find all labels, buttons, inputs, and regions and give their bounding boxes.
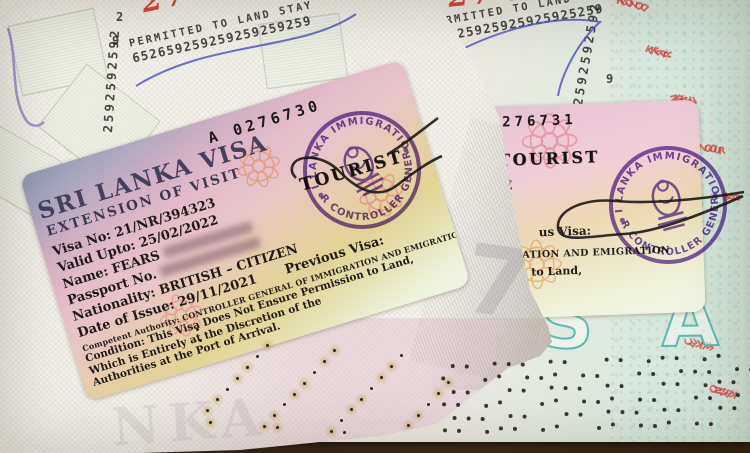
ink-dot: [380, 376, 383, 379]
braille-dot: [610, 396, 614, 400]
handwritten-date-left: 27: [138, 0, 192, 19]
braille-dot: [525, 375, 529, 379]
braille-dot: [578, 387, 582, 391]
braille-dot: [634, 411, 638, 415]
ink-dot: [417, 414, 420, 417]
braille-dot: [467, 416, 471, 420]
braille-dot: [667, 420, 671, 424]
ink-dot: [263, 425, 266, 428]
braille-dot: [619, 358, 623, 362]
braille-dot: [679, 369, 683, 373]
ink-dot: [313, 371, 316, 374]
braille-dot: [595, 374, 599, 378]
ink-dot: [293, 393, 296, 396]
braille-dot: [735, 367, 739, 371]
braille-dot-field: [437, 352, 750, 445]
braille-dot: [484, 404, 488, 408]
braille-dot: [717, 380, 721, 384]
ink-dot: [333, 349, 336, 352]
braille-dot: [675, 382, 679, 386]
braille-dot: [596, 400, 600, 404]
braille-dot: [452, 390, 456, 394]
braille-dot: [606, 410, 610, 414]
braille-dot: [453, 416, 457, 420]
braille-dot: [638, 397, 642, 401]
ink-dot: [246, 366, 249, 369]
braille-dot: [443, 428, 447, 432]
ink-dot: [283, 403, 286, 406]
ink-dot: [209, 421, 212, 424]
braille-dot: [736, 393, 740, 397]
ink-dot: [390, 365, 393, 368]
stray-digit-right: 9: [606, 72, 613, 86]
braille-dot: [550, 386, 554, 390]
stray-digit-left-b: 9: [112, 34, 119, 48]
braille-dot: [619, 384, 623, 388]
braille-dot: [442, 402, 446, 406]
braille-dot: [582, 399, 586, 403]
ink-dot: [407, 424, 410, 427]
ink-dot: [427, 403, 430, 406]
braille-dot: [553, 372, 557, 376]
braille-dot: [703, 357, 707, 361]
braille-dot: [540, 402, 544, 406]
braille-dot: [661, 382, 665, 386]
braille-dot: [497, 374, 501, 378]
braille-dot: [457, 429, 461, 433]
ink-dot: [330, 430, 333, 433]
ink-dot: [196, 328, 199, 331]
braille-dot: [441, 376, 445, 380]
braille-dot: [522, 389, 526, 393]
braille-dot: [541, 428, 545, 432]
ink-dot: [303, 382, 306, 385]
braille-dot: [564, 412, 568, 416]
braille-dot: [652, 398, 656, 402]
ink-dot: [350, 408, 353, 411]
braille-dot: [481, 417, 485, 421]
security-letter: R: [663, 50, 675, 59]
braille-dot: [523, 415, 527, 419]
braille-dot: [695, 421, 699, 425]
braille-dot: [639, 423, 643, 427]
braille-dot: [597, 426, 601, 430]
braille-dot: [485, 430, 489, 434]
braille-dot: [708, 396, 712, 400]
ink-dot: [236, 377, 239, 380]
braille-dot: [581, 373, 585, 377]
braille-dot: [493, 362, 497, 366]
braille-dot: [483, 378, 487, 382]
braille-dot: [647, 359, 651, 363]
braille-dot: [605, 384, 609, 388]
visa-type-right: TOURIST: [498, 147, 600, 170]
stray-digit-left-a: 2: [116, 10, 123, 24]
ink-dot: [226, 388, 229, 391]
ink-dot: [216, 398, 219, 401]
ink-dot: [266, 344, 269, 347]
braille-dot: [620, 410, 624, 414]
braille-dot: [564, 386, 568, 390]
braille-dot: [507, 362, 511, 366]
braille-dot: [732, 406, 736, 410]
ink-dot: [256, 355, 259, 358]
braille-dot: [707, 370, 711, 374]
braille-dot: [675, 356, 679, 360]
braille-dot: [563, 360, 567, 364]
braille-dot: [653, 424, 657, 428]
ink-dot: [370, 387, 373, 390]
ink-dot: [199, 339, 202, 342]
braille-dot: [466, 390, 470, 394]
braille-dot: [693, 370, 697, 374]
braille-dot: [611, 422, 615, 426]
braille-dot: [637, 371, 641, 375]
photo-canvas: RNEDOKZHCEBAUNKONEOKRRNEDOKZHCEBAUNKONEO…: [0, 0, 750, 453]
ink-dot: [343, 431, 346, 434]
ink-dot: [323, 360, 326, 363]
ink-dot: [360, 398, 363, 401]
braille-dot: [499, 426, 503, 430]
ink-dot: [273, 414, 276, 417]
braille-dot: [451, 364, 455, 368]
braille-dot: [549, 360, 553, 364]
braille-dot: [555, 424, 559, 428]
braille-dot: [521, 363, 525, 367]
braille-dot: [718, 406, 722, 410]
ink-dot: [276, 426, 279, 429]
braille-dot: [465, 364, 469, 368]
braille-dot: [456, 403, 460, 407]
braille-dot: [605, 358, 609, 362]
braille-dot: [694, 396, 698, 400]
partial-line: us Visa:: [539, 224, 592, 240]
braille-dot: [539, 376, 543, 380]
braille-dot: [704, 383, 708, 387]
ink-dot: [206, 409, 209, 412]
braille-dot: [508, 388, 512, 392]
braille-dot: [676, 408, 680, 412]
braille-dot: [661, 356, 665, 360]
braille-dot: [513, 427, 517, 431]
braille-dot: [731, 380, 735, 384]
braille-dot: [498, 400, 502, 404]
braille-dot: [709, 422, 713, 426]
ink-dot: [400, 354, 403, 357]
braille-dot: [651, 372, 655, 376]
braille-dot: [716, 354, 720, 358]
braille-dot: [578, 413, 582, 417]
ink-dot: [340, 419, 343, 422]
braille-dot: [662, 408, 666, 412]
braille-dot: [554, 398, 558, 402]
braille-dot: [508, 414, 512, 418]
